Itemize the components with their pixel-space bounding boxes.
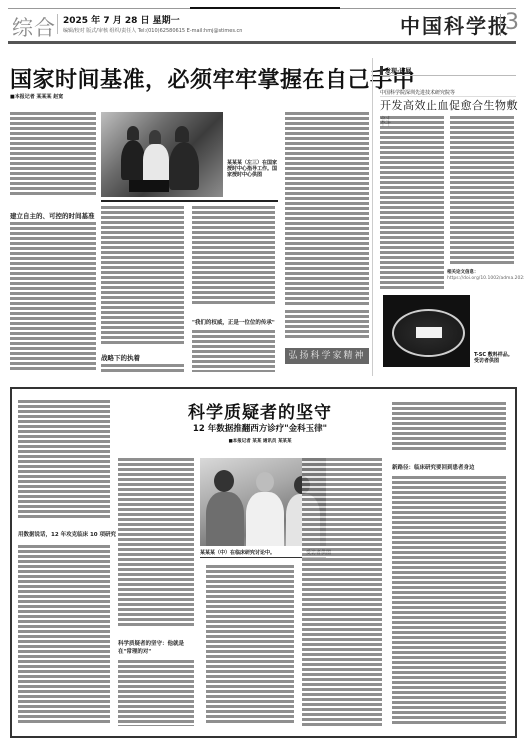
issue-date: 2025 年 7 月 28 日 星期一 (63, 13, 180, 26)
article-text-block (101, 364, 184, 372)
header-bottom-rule (8, 41, 516, 44)
feature-photo-caption: 某某某（中）在临床研究讨论中。 (200, 549, 275, 556)
photo-person (214, 470, 234, 492)
sidebar-photo-caption: T-SC 敷料样品。受访者供图 (474, 352, 514, 364)
feature-text-block (302, 458, 382, 726)
sidebar-rule (380, 75, 516, 76)
sidebar-text-block (380, 116, 444, 290)
petri-dish-photo[interactable] (383, 295, 470, 367)
feature-subheadline: 12 年数据推翻西方诊疗"金科玉律" (120, 422, 400, 434)
sidebar-reference-url[interactable]: https://doi.org/10.1002/adma.202xxxxx (447, 276, 517, 281)
feature-text-block (392, 402, 506, 452)
article-text-block (10, 112, 96, 196)
feature-text-block (118, 660, 194, 726)
dressing-sample (416, 327, 442, 338)
article-text-block (10, 222, 96, 370)
top-article-subhead-2: 战略下的执着 (101, 353, 140, 362)
photo-person (127, 126, 139, 140)
feature-text-block (18, 545, 110, 725)
feature-subhead-3: 新路径：临床研究要回到患者身边 (392, 463, 475, 471)
feature-subhead-2: 科学质疑者的坚守：他就是在"常理的对" (118, 640, 194, 656)
sidebar-text-block (450, 116, 514, 266)
column-divider (372, 58, 373, 376)
column-banner: 弘扬科学家精神 (285, 348, 369, 364)
photo-person (149, 130, 161, 144)
photo-person (175, 126, 189, 142)
header-top-rule-right (340, 8, 516, 9)
header-divider (57, 14, 58, 34)
header-top-rule-bold (190, 7, 340, 9)
top-article-photo[interactable] (101, 112, 223, 197)
top-article-subhead-3: "我们的权威，正是一位位的传承" (192, 318, 275, 326)
feature-text-block (118, 458, 194, 628)
photo-device (129, 180, 169, 192)
photo-person (256, 472, 274, 492)
editor-credits: 编辑/校对 版式/审核 组织/责任人 Tel:(010)62580615 E-m… (63, 27, 242, 34)
sidebar-section-tag: 发现·进展 (380, 66, 411, 75)
feature-text-block (392, 476, 506, 726)
article-text-block (285, 310, 369, 340)
photo-person (246, 492, 284, 546)
feature-subhead-1: 用数据说话，12 年攻克临床 10 项研究 (18, 530, 116, 538)
top-article-headline[interactable]: 国家时间基准，必须牢牢掌握在自己手中 (10, 63, 415, 94)
top-article-photo-caption: 某某某（左三）在国家授时中心指导工作。国家授时中心供图 (227, 160, 277, 178)
photo-person (206, 492, 244, 546)
section-title: 综合 (12, 12, 56, 42)
feature-byline: ■本报记者 某某 通讯员 某某某 (120, 438, 400, 444)
sidebar-kicker: 中国科学院深圳先进技术研究院等 (380, 89, 455, 96)
photo-person (121, 140, 145, 180)
page-number: 3 (505, 10, 519, 35)
photo-rule (101, 200, 278, 202)
article-text-block (285, 112, 369, 307)
sidebar-reference-label: 相关论文信息： (447, 269, 479, 275)
photo-person (143, 144, 169, 184)
article-text-block (192, 330, 275, 372)
article-text-block (101, 206, 184, 346)
article-text-block (192, 206, 275, 306)
feature-text-block (206, 565, 294, 725)
masthead-divider (500, 14, 501, 36)
top-article-subhead-1: 建立自主的、可控的时间基准 (10, 211, 95, 220)
feature-text-block (18, 400, 110, 520)
photo-person (169, 142, 199, 190)
feature-headline[interactable]: 科学质疑者的坚守 (120, 398, 400, 423)
masthead-logo: 中国科学报 (400, 10, 510, 39)
top-article-byline: ■本报记者 某某某 赵宽 (10, 93, 63, 100)
